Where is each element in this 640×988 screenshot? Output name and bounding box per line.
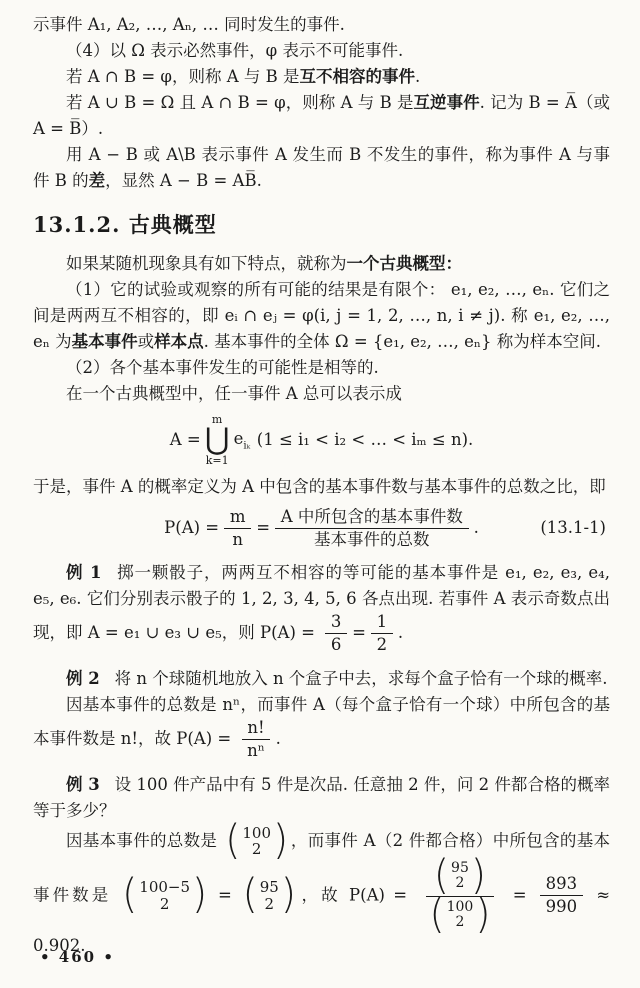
text-run: 于是，事件 A 的概率定义为 A 中包含的基本事件数与基本事件的总数之比，即 [33, 477, 606, 496]
fraction-denominator: 2 [371, 634, 393, 655]
text-run: 示事件 A₁, A₂, …, Aₙ, … 同时发生的事件. [33, 15, 345, 34]
fraction-numerator: 3 [325, 612, 347, 634]
fraction-denominator: n [227, 529, 249, 550]
text-run: 若 A ∩ B = φ，则称 A 与 B 是 [66, 67, 300, 86]
example-3-solution: 因基本事件的总数是 (1002)，而事件 A（2 件都合格）中所包含的基本事件数… [33, 824, 610, 959]
example-2-paragraph: 例 2将 n 个球随机地放入 n 个盒子中去，求每个盒子恰有一个球的概率. [33, 666, 610, 692]
text-run: 因基本事件的总数是 [66, 831, 217, 850]
formula-condition: (1 ≤ i₁ < i₂ < … < iₘ ≤ n). [257, 427, 474, 453]
right-paren-icon: ) [475, 897, 490, 934]
equals-sign: = [218, 885, 232, 904]
paragraph-property-1: （1）它的试验或观察的所有可能的结果是有限个： e₁, e₂, …, eₙ. 它… [33, 277, 610, 355]
union-lower-limit: k=1 [206, 455, 229, 467]
fraction-numerator: n! [242, 718, 271, 740]
fraction-denominator: nⁿ [241, 740, 270, 761]
paragraph-difference-events: 用 A − B 或 A\B 表示事件 A 发生而 B 不发生的事件，称为事件 A… [33, 142, 610, 194]
binomial-bottom: 2 [160, 896, 170, 913]
equals-sign: = [352, 623, 366, 642]
binomial-95-choose-2: (952) [434, 859, 486, 894]
binomial-top: 95 [451, 861, 469, 876]
textbook-page: 示事件 A₁, A₂, …, Aₙ, … 同时发生的事件. （4）以 Ω 表示必… [0, 0, 640, 959]
fraction-event-count: A 中所包含的基本事件数 基本事件的总数 [275, 507, 469, 550]
fraction-1-over-2: 12 [371, 612, 393, 655]
text-run: . [276, 729, 281, 748]
fraction-denominator: 990 [540, 896, 583, 917]
fraction-denominator: 基本事件的总数 [308, 529, 435, 550]
text-run: 或 [138, 332, 155, 351]
bold-term-complementary: 互逆事件 [414, 93, 480, 112]
equals-sign: = [256, 515, 270, 541]
page-number: • 460 • [40, 948, 115, 966]
fraction-893-over-990: 893990 [540, 874, 583, 917]
paragraph-event-representation: 在一个古典概型中，任一事件 A 总可以表示成 [33, 381, 610, 407]
right-paren-icon: ) [471, 858, 486, 895]
fraction-m-over-n: m n [224, 507, 251, 550]
bold-term-sample-point: 样本点 [154, 332, 204, 351]
fraction-numerator: m [224, 507, 251, 529]
example-2-label: 例 2 [66, 669, 100, 688]
equation-number: (13.1-1) [540, 515, 606, 541]
fraction-denominator: (1002) [421, 897, 498, 933]
binomial-top: 100−5 [139, 879, 190, 896]
left-paren-icon: ( [434, 858, 449, 895]
section-heading: 13.1.2. 古典概型 [33, 208, 610, 241]
example-3-paragraph: 例 3设 100 件产品中有 5 件是次品. 任意抽 2 件，问 2 件都合格的… [33, 772, 610, 824]
bold-term-mutually-exclusive: 互不相容的事件 [300, 67, 416, 86]
text-run: 掷一颗骰子，两两互不相容的等可能的基本事件是 e₁, e₂, e₃, e₄, e… [33, 563, 610, 642]
text-run: 因基本事件的总数是 nⁿ，而事件 A（每个盒子恰有一个球）中所包含的基本事件数是… [33, 695, 610, 748]
paragraph-probability-definition: 于是，事件 A 的概率定义为 A 中包含的基本事件数与基本事件的总数之比，即 [33, 474, 610, 500]
right-paren-icon: ) [281, 877, 296, 914]
right-paren-icon: ) [273, 823, 288, 860]
binomial-top: 100 [447, 900, 474, 915]
binomial-bottom: 2 [455, 876, 464, 891]
text-run: 在一个古典概型中，任一事件 A 总可以表示成 [66, 384, 402, 403]
text-run: ，故 P(A) = [298, 885, 407, 904]
fraction-factorial: n!nⁿ [241, 718, 270, 761]
text-run: 将 n 个球随机地放入 n 个盒子中去，求每个盒子恰有一个球的概率. [115, 669, 608, 688]
binomial-bottom: 2 [252, 841, 262, 858]
left-paren-icon: ( [122, 877, 137, 914]
binomial-95-choose-2: (952) [243, 878, 296, 913]
display-formula-probability: P(A) = m n = A 中所包含的基本事件数 基本事件的总数 . (13.… [33, 507, 610, 550]
example-2-solution: 因基本事件的总数是 nⁿ，而事件 A（每个盒子恰有一个球）中所包含的基本事件数是… [33, 692, 610, 761]
paragraph-complementary-events: 若 A ∪ B = Ω 且 A ∩ B = φ，则称 A 与 B 是互逆事件. … [33, 90, 610, 142]
binomial-100-choose-2: (1002) [429, 898, 490, 933]
binomial-100-choose-2: (1002) [225, 824, 288, 859]
paragraph-item-4: （4）以 Ω 表示必然事件，φ 表示不可能事件. [33, 38, 610, 64]
text-run: 若 A ∪ B = Ω 且 A ∩ B = φ，则称 A 与 B 是 [66, 93, 414, 112]
fraction-numerator: A 中所包含的基本事件数 [275, 507, 469, 529]
term-base: e [234, 429, 244, 448]
example-3-label: 例 3 [66, 775, 100, 794]
union-operator-with-limits: m ⋃ k=1 [205, 414, 230, 467]
binomial-top: 95 [260, 879, 279, 896]
text-run: . [398, 623, 403, 642]
example-1-label: 例 1 [66, 563, 101, 582]
formula-lhs: P(A) = [164, 515, 219, 541]
fraction-denominator: 6 [325, 634, 347, 655]
bold-term-basic-event: 基本事件 [72, 332, 138, 351]
example-1-paragraph: 例 1掷一颗骰子，两两互不相容的等可能的基本事件是 e₁, e₂, e₃, e₄… [33, 560, 610, 655]
binomial-bottom: 2 [455, 915, 464, 930]
right-paren-icon: ) [192, 877, 207, 914]
fraction-numerator: 893 [540, 874, 583, 896]
bold-term-difference: 差 [89, 171, 106, 190]
paragraph-classical-model-intro: 如果某随机现象具有如下特点，就称为一个古典概型： [33, 251, 610, 277]
term-subscript: iₖ [243, 441, 250, 452]
text-run: （2）各个基本事件发生的可能性是相等的. [66, 358, 379, 377]
text-run: ，显然 A − B = AB̅. [105, 171, 262, 190]
binomial-top: 100 [242, 825, 271, 842]
formula-period: . [474, 515, 479, 541]
fraction-3-over-6: 36 [325, 612, 347, 655]
union-icon: ⋃ [205, 426, 230, 455]
text-run: . [415, 67, 420, 86]
fraction-numerator: 1 [371, 612, 393, 634]
paragraph-continuation: 示事件 A₁, A₂, …, Aₙ, … 同时发生的事件. [33, 12, 610, 38]
paragraph-property-2: （2）各个基本事件发生的可能性是相等的. [33, 355, 610, 381]
equals-sign: = [513, 885, 527, 904]
text-run: 如果某随机现象具有如下特点，就称为 [66, 254, 347, 273]
binomial-95-choose-2-expanded: (100−52) [122, 878, 207, 913]
bold-term-classical-model: 一个古典概型： [347, 254, 463, 273]
binomial-bottom: 2 [265, 896, 275, 913]
text-run: . 基本事件的全体 Ω = {e₁, e₂, …, eₙ} 称为样本空间. [204, 332, 601, 351]
text-run: （4）以 Ω 表示必然事件，φ 表示不可能事件. [66, 41, 403, 60]
text-run: 设 100 件产品中有 5 件是次品. 任意抽 2 件，问 2 件都合格的概率等… [33, 775, 610, 820]
left-paren-icon: ( [243, 877, 258, 914]
left-paren-icon: ( [225, 823, 240, 860]
fraction-binomial-ratio: (952) (1002) [421, 859, 498, 933]
display-formula-union: A = m ⋃ k=1 eiₖ (1 ≤ i₁ < i₂ < … < iₘ ≤ … [33, 414, 610, 467]
formula-term: eiₖ [234, 426, 251, 454]
left-paren-icon: ( [429, 897, 444, 934]
paragraph-disjoint-events: 若 A ∩ B = φ，则称 A 与 B 是互不相容的事件. [33, 64, 610, 90]
formula-lhs: A = [170, 427, 201, 453]
